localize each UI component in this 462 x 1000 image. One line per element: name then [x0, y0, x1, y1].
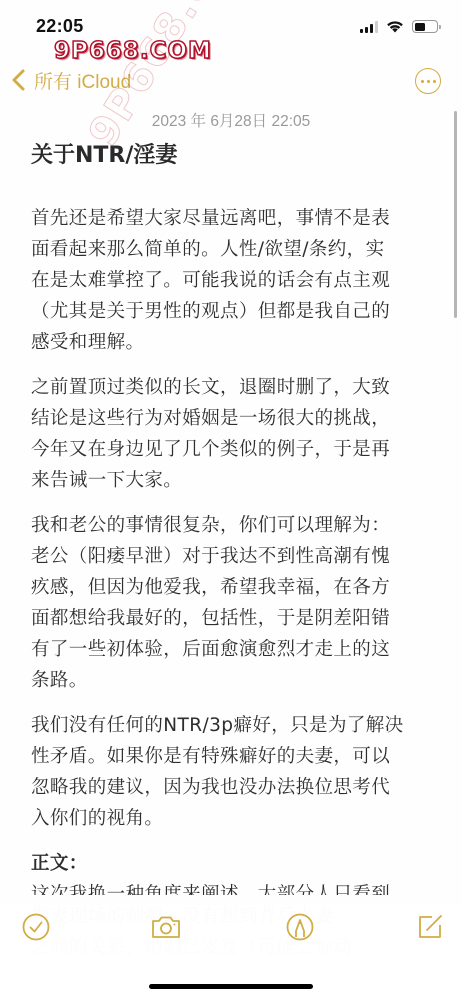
status-time: 22:05	[36, 16, 84, 37]
chevron-left-icon	[8, 66, 30, 94]
text-line: （尤其是关于男性的观点）但都是我自己的	[31, 296, 431, 327]
checklist-button[interactable]	[21, 912, 51, 942]
bottom-toolbar	[0, 912, 462, 956]
section-heading: 正文：	[31, 848, 431, 879]
text-line: 来告诫一下大家。	[31, 465, 431, 496]
note-body[interactable]: 首先还是希望大家尽量远离吧，事情不是表 面看起来那么简单的。人性/欲望/条约，实…	[31, 203, 431, 963]
text-line: 面都想给我最好的，包括性，于是阴差阳错	[31, 603, 431, 634]
paragraph-1: 首先还是希望大家尽量远离吧，事情不是表 面看起来那么简单的。人性/欲望/条约，实…	[31, 203, 431, 358]
camera-icon	[150, 912, 182, 942]
watermark-logo: 9P668.COM	[54, 38, 212, 64]
text-line: 今年又在身边见了几个类似的例子，于是再	[31, 434, 431, 465]
home-indicator[interactable]	[149, 984, 313, 989]
checkmark-circle-icon	[21, 912, 51, 942]
markup-button[interactable]	[285, 912, 315, 942]
text-line: 感受和理解。	[31, 327, 431, 358]
back-button[interactable]: 所有 iCloud	[8, 66, 131, 94]
paragraph-4: 我们没有任何的NTR/3p癖好，只是为了解决 性矛盾。如果你是有特殊癖好的夫妻，…	[31, 710, 431, 834]
nav-bar: 所有 iCloud	[0, 62, 462, 102]
text-line: 疚感，但因为他爱我，希望我幸福，在各方	[31, 572, 431, 603]
cut-off-line: 这次我换一种角度来阐述，大部分人只看到	[31, 879, 431, 895]
scrollbar[interactable]	[454, 111, 457, 318]
cellular-signal-icon	[360, 21, 378, 33]
text-line: 我们没有任何的NTR/3p癖好，只是为了解决	[31, 710, 431, 741]
back-label: 所有 iCloud	[34, 67, 131, 94]
battery-icon	[412, 20, 438, 33]
paragraph-3: 我和老公的事情很复杂，你们可以理解为： 老公（阳痿早泄）对于我达不到性高潮有愧 …	[31, 510, 431, 696]
status-icons	[360, 20, 438, 33]
text-line: 结论是这些行为对婚姻是一场很大的挑战，	[31, 403, 431, 434]
note-title[interactable]: 关于NTR/淫妻	[31, 138, 177, 169]
text-line: 老公（阳痿早泄）对于我达不到性高潮有愧	[31, 541, 431, 572]
text-line: 性矛盾。如果你是有特殊癖好的夫妻，可以	[31, 741, 431, 772]
wifi-icon	[386, 20, 404, 33]
compose-button[interactable]	[415, 912, 445, 942]
ellipsis-circle-icon	[421, 80, 424, 83]
text-line: 之前置顶过类似的长文，退圈时删了，大致	[31, 372, 431, 403]
text-line: 首先还是希望大家尽量远离吧，事情不是表	[31, 203, 431, 234]
text-line: 入你们的视角。	[31, 803, 431, 834]
pen-tip-circle-icon	[285, 912, 315, 942]
text-line: 我和老公的事情很复杂，你们可以理解为：	[31, 510, 431, 541]
text-line: 在是太难掌控了。可能我说的话会有点主观	[31, 265, 431, 296]
more-options-button[interactable]	[415, 68, 441, 94]
text-line: 忽略我的建议，因为我也没办法换位思考代	[31, 772, 431, 803]
text-line: 条路。	[31, 665, 431, 696]
text-line: 有了一些初体验，后面愈演愈烈才走上的这	[31, 634, 431, 665]
compose-icon	[415, 912, 445, 942]
camera-button[interactable]	[150, 912, 182, 942]
notes-screen: 22:05 9P668.COM 所有 iCloud 2023	[0, 0, 462, 1000]
text-line: 面看起来那么简单的。人性/欲望/条约，实	[31, 234, 431, 265]
paragraph-2: 之前置顶过类似的长文，退圈时删了，大致 结论是这些行为对婚姻是一场很大的挑战， …	[31, 372, 431, 496]
note-date: 2023 年 6月28日 22:05	[0, 109, 462, 131]
